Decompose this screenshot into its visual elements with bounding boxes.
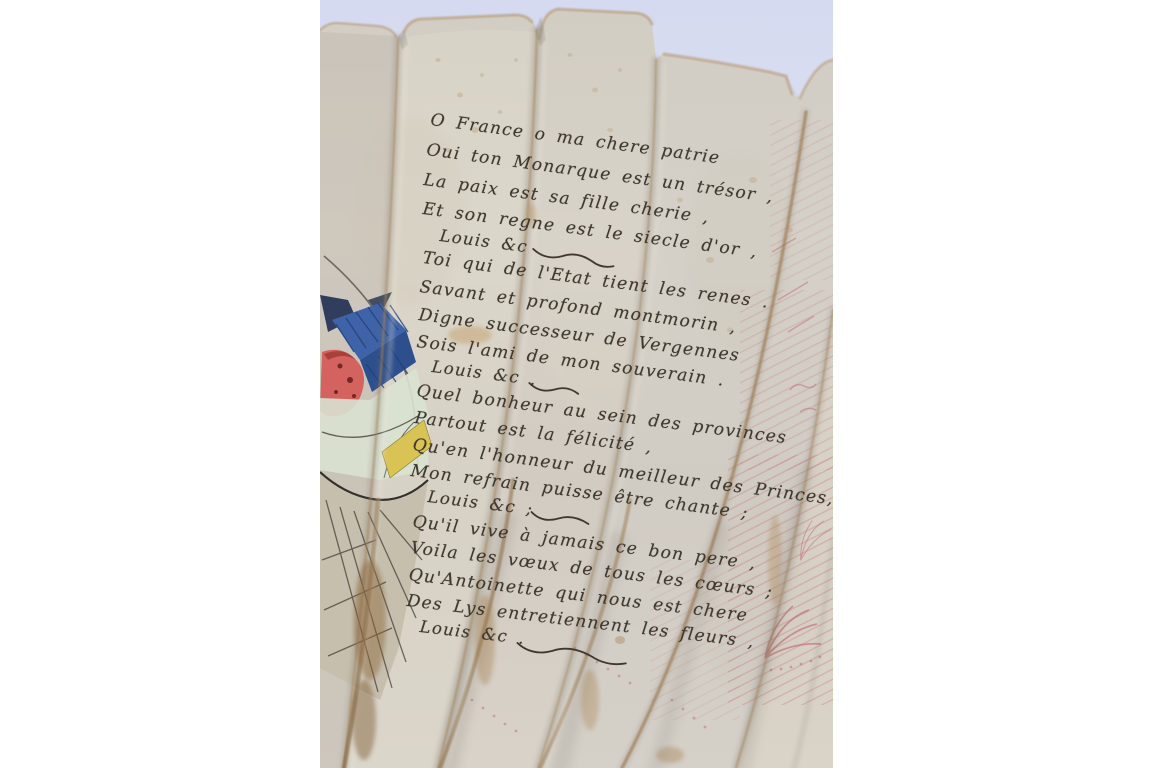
page-background: O France o ma chere patrie Oui ton Monar… xyxy=(0,0,1152,768)
fan-photo: O France o ma chere patrie Oui ton Monar… xyxy=(320,0,833,768)
poem-text: O France o ma chere patrie Oui ton Monar… xyxy=(320,0,833,768)
